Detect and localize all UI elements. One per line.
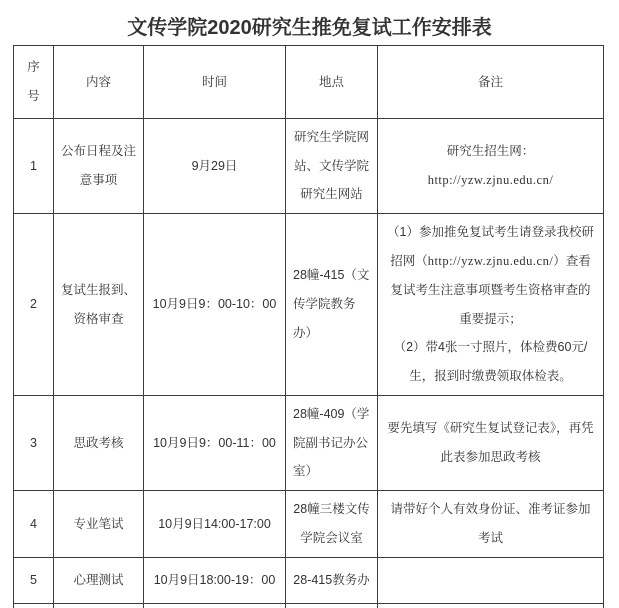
cutoff-cell: [378, 604, 604, 608]
cutoff-cell: [286, 604, 378, 608]
cell-time: 9月29日: [144, 119, 286, 214]
url-text: http://yzw.zjnu.edu.cn/: [428, 173, 554, 187]
cell-content: 公布日程及注意事项: [54, 119, 144, 214]
cell-content: 心理测试: [54, 558, 144, 604]
table-row: 2复试生报到、资格审查10月9日9：00-10：0028幢-415（文传学院教务…: [14, 214, 604, 396]
cutoff-cell: [14, 604, 54, 608]
remark-line: 请带好个人有效身份证、准考证参加考试: [385, 495, 596, 553]
col-header-remark: 备注: [378, 46, 604, 119]
cell-remark: （1）参加推免复试考生请登录我校研招网（http://yzw.zjnu.edu.…: [378, 214, 604, 396]
cell-place: 28幢三楼文传学院会议室: [286, 491, 378, 558]
col-header-place: 地点: [286, 46, 378, 119]
cell-content: 专业笔试: [54, 491, 144, 558]
table-row: 1公布日程及注意事项9月29日研究生学院网站、文传学院研究生网站研究生招生网：h…: [14, 119, 604, 214]
cell-no: 4: [14, 491, 54, 558]
col-header-time: 时间: [144, 46, 286, 119]
cell-place: 28幢-415（文传学院教务办）: [286, 214, 378, 396]
url-text: http://yzw.zjnu.edu.cn/: [428, 254, 554, 268]
cutoff-cell: [54, 604, 144, 608]
remark-line: （1）参加推免复试考生请登录我校研招网（http://yzw.zjnu.edu.…: [385, 218, 596, 333]
table-row: 3思政考核10月9日9：00-11：0028幢-409（学院副书记办公室）要先填…: [14, 396, 604, 491]
remark-line: 研究生招生网：: [385, 137, 596, 166]
table-row: 5心理测试10月9日18:00-19：0028-415教务办: [14, 558, 604, 604]
table-row: 4专业笔试10月9日14:00-17:0028幢三楼文传学院会议室请带好个人有效…: [14, 491, 604, 558]
col-header-no: 序号: [14, 46, 54, 119]
cell-place: 28-415教务办: [286, 558, 378, 604]
table-body: 1公布日程及注意事项9月29日研究生学院网站、文传学院研究生网站研究生招生网：h…: [14, 119, 604, 608]
schedule-table: 序号 内容 时间 地点 备注 1公布日程及注意事项9月29日研究生学院网站、文传…: [13, 45, 604, 608]
cell-remark: 请带好个人有效身份证、准考证参加考试: [378, 491, 604, 558]
cell-no: 5: [14, 558, 54, 604]
remark-line: 要先填写《研究生复试登记表》，再凭此表参加思政考核: [385, 414, 596, 472]
cell-no: 1: [14, 119, 54, 214]
cell-place: 研究生学院网站、文传学院研究生网站: [286, 119, 378, 214]
cell-time: 10月9日9：00-10：00: [144, 214, 286, 396]
cell-time: 10月9日9：00-11：00: [144, 396, 286, 491]
cutoff-cell: [144, 604, 286, 608]
cell-place: 28幢-409（学院副书记办公室）: [286, 396, 378, 491]
cell-time: 10月9日14:00-17:00: [144, 491, 286, 558]
col-header-content: 内容: [54, 46, 144, 119]
header-row: 序号 内容 时间 地点 备注: [14, 46, 604, 119]
cell-remark: [378, 558, 604, 604]
cell-time: 10月9日18:00-19：00: [144, 558, 286, 604]
cell-content: 思政考核: [54, 396, 144, 491]
cell-remark: 要先填写《研究生复试登记表》，再凭此表参加思政考核: [378, 396, 604, 491]
remark-line: （2）带4张一寸照片，体检费60元/生，报到时缴费领取体检表。: [385, 333, 596, 391]
cell-remark: 研究生招生网：http://yzw.zjnu.edu.cn/: [378, 119, 604, 214]
page-title: 文传学院2020研究生推免复试工作安排表: [0, 0, 619, 45]
cell-no: 2: [14, 214, 54, 396]
remark-line: http://yzw.zjnu.edu.cn/: [385, 166, 596, 195]
cutoff-row: [14, 604, 604, 608]
cell-content: 复试生报到、资格审查: [54, 214, 144, 396]
cell-no: 3: [14, 396, 54, 491]
